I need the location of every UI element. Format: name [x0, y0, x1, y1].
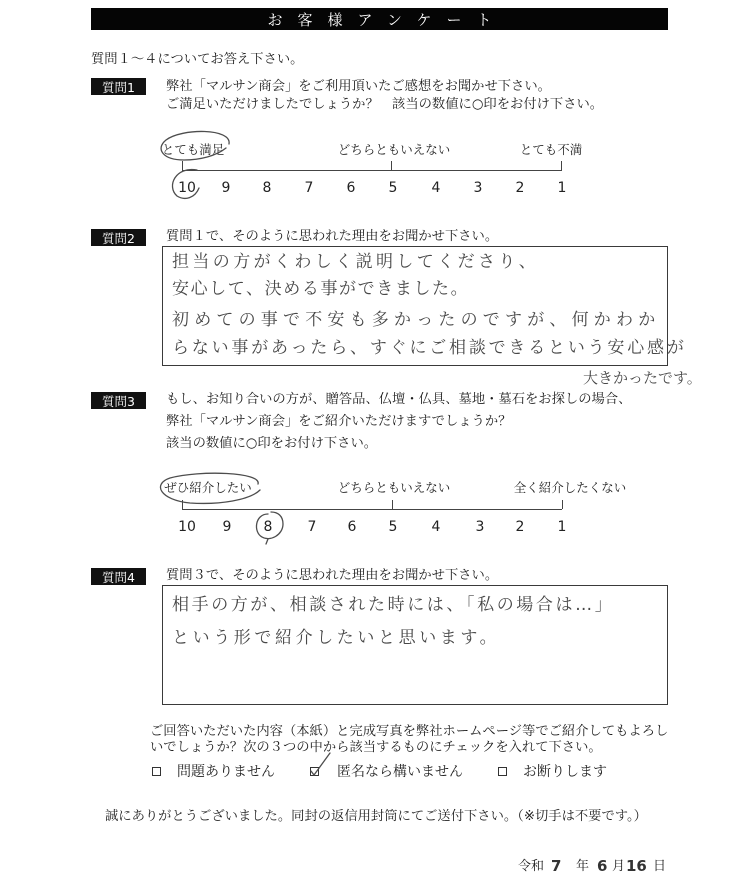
date-month-unit: 月	[612, 858, 625, 876]
consent-option-label: 問題ありません	[177, 763, 275, 781]
q1-scale-tick-left	[182, 161, 183, 170]
date-month-handwritten: 6	[597, 857, 607, 875]
q3-scale-option[interactable]: 3	[476, 518, 485, 536]
q1-scale-right-label: とても不満	[520, 142, 583, 158]
consent-option-label: お断りします	[523, 763, 607, 781]
q1-scale-option[interactable]: 10	[178, 179, 196, 197]
q1-scale-left-label: とても満足	[162, 142, 225, 158]
q1-scale-tick-mid	[391, 161, 392, 170]
date-day-handwritten: 16	[626, 857, 647, 875]
q4-answer-line-1: 相手の方が、相談された時には、「私の場合は…」	[172, 593, 614, 617]
q3-scale-option[interactable]: 2	[516, 518, 525, 536]
intro-text: 質問１～４についてお答え下さい。	[91, 51, 303, 69]
q1-scale-option[interactable]: 5	[389, 179, 398, 197]
q3-scale-tick-right	[562, 500, 563, 509]
date-day-unit: 日	[653, 858, 666, 876]
question-3-label-text: 質問3	[102, 392, 135, 410]
question-2-handwritten-answer: 担当の方がくわしく説明してくださり、 安心して、決める事ができました。 初めての…	[172, 250, 687, 360]
q1-scale-option[interactable]: 2	[516, 179, 525, 197]
q3-scale-option[interactable]: 6	[348, 518, 357, 536]
q3-scale-option[interactable]: 1	[558, 518, 567, 536]
consent-checkbox-decline[interactable]	[498, 767, 507, 776]
consent-line-2: いでしょうか？次の３つの中から該当するものにチェックを入れて下さい。	[150, 740, 668, 756]
q2-answer-overflow: 大きかったです。	[583, 368, 702, 388]
question-2-label: 質問2	[91, 229, 146, 246]
question-2-label-text: 質問2	[102, 229, 135, 247]
q1-scale-option[interactable]: 3	[474, 179, 483, 197]
form-title-bar: お客様アンケート	[91, 8, 668, 30]
question-4-text: 質問３で、そのように思われた理由をお聞かせ下さい。	[166, 567, 498, 585]
question-4-label: 質問4	[91, 568, 146, 585]
q2-answer-line-1: 担当の方がくわしく説明してくださり、	[172, 250, 687, 274]
question-3-line-3: 該当の数値に○印をお付け下さい。	[166, 433, 631, 455]
consent-checkbox-anonymous[interactable]	[310, 767, 319, 776]
question-3-text: もし、お知り合いの方が、贈答品、仏壇・仏具、墓地・墓石をお探しの場合、 弊社「マ…	[166, 389, 631, 455]
question-3-line-1: もし、お知り合いの方が、贈答品、仏壇・仏具、墓地・墓石をお探しの場合、	[166, 389, 631, 411]
q1-scale-mid-label: どちらともいえない	[338, 142, 451, 158]
q3-scale-mid-label: どちらともいえない	[338, 480, 451, 496]
q1-scale-axis	[182, 170, 562, 171]
survey-form-page: お客様アンケート 質問１～４についてお答え下さい。 質問1 弊社「マルサン商会」…	[0, 0, 750, 879]
q2-answer-line-2: 安心して、決める事ができました。	[172, 277, 687, 301]
consent-text: ご回答いただいた内容（本紙）と完成写真を弊社ホームページ等でご紹介してもよろし …	[150, 724, 668, 756]
q3-scale-left-label: ぜひ紹介したい	[164, 480, 252, 496]
date-year-handwritten: 7	[551, 857, 561, 875]
question-1-line-2: ご満足いただけましたでしょうか？ 該当の数値に○印をお付け下さい。	[166, 96, 603, 114]
question-3-label: 質問3	[91, 392, 146, 409]
question-1-label-text: 質問1	[102, 78, 135, 96]
q1-scale-option[interactable]: 4	[432, 179, 441, 197]
q3-scale-right-label: 全く紹介したくない	[514, 480, 627, 496]
date-era: 令和	[518, 858, 544, 876]
question-1-line-1: 弊社「マルサン商会」をご利用頂いたご感想をお聞かせ下さい。	[166, 78, 603, 96]
consent-checkbox-no-problem[interactable]	[152, 767, 161, 776]
q1-scale-tick-right	[561, 161, 562, 170]
q3-scale-tick-left	[182, 500, 183, 509]
q2-answer-line-3: 初めての事で不安も多かったのですが、何かわか	[172, 308, 687, 332]
question-2-text: 質問１で、そのように思われた理由をお聞かせ下さい。	[166, 228, 498, 246]
q3-scale-option[interactable]: 4	[432, 518, 441, 536]
form-title: お客様アンケート	[267, 9, 506, 30]
question-4-label-text: 質問4	[102, 568, 135, 586]
q1-scale-option[interactable]: 1	[558, 179, 567, 197]
q3-scale-tick-mid	[392, 500, 393, 509]
question-3-line-2: 弊社「マルサン商会」をご紹介いただけますでしょうか？	[166, 411, 631, 433]
q1-scale-option[interactable]: 6	[347, 179, 356, 197]
q3-scale-option[interactable]: 9	[223, 518, 232, 536]
consent-option-label: 匿名なら構いません	[337, 763, 463, 781]
q1-scale-option[interactable]: 8	[263, 179, 272, 197]
question-1-label: 質問1	[91, 78, 146, 95]
q3-scale-option[interactable]: 7	[308, 518, 317, 536]
date-year-unit: 年	[576, 858, 589, 876]
question-1-text: 弊社「マルサン商会」をご利用頂いたご感想をお聞かせ下さい。 ご満足いただけました…	[166, 78, 603, 114]
question-4-handwritten-answer: 相手の方が、相談された時には、「私の場合は…」 という形で紹介したいと思います。	[172, 593, 614, 650]
closing-text: 誠にありがとうございました。同封の返信用封筒にてご送付下さい。（※切手は不要です…	[105, 808, 647, 826]
consent-line-1: ご回答いただいた内容（本紙）と完成写真を弊社ホームページ等でご紹介してもよろし	[150, 724, 668, 740]
q1-scale-option[interactable]: 9	[222, 179, 231, 197]
q1-scale-option[interactable]: 7	[305, 179, 314, 197]
q3-scale-option[interactable]: 5	[389, 518, 398, 536]
q3-scale-axis	[182, 509, 562, 510]
q2-answer-line-4: らない事があったら、すぐにご相談できるという安心感が	[172, 336, 687, 360]
q3-scale-option[interactable]: 8	[264, 518, 273, 536]
q4-answer-line-2: という形で紹介したいと思います。	[172, 626, 614, 650]
q3-scale-option[interactable]: 10	[178, 518, 196, 536]
